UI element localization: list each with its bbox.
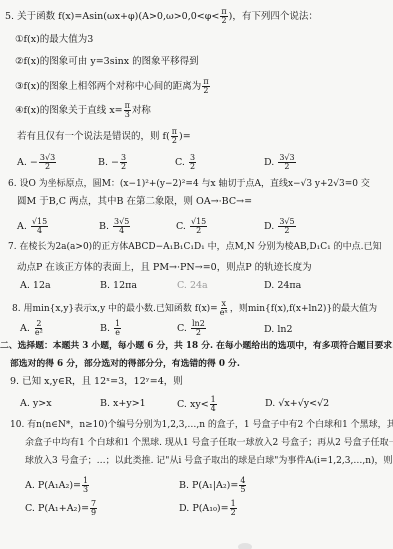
q6-line-2: 圆M 于B,C 两点，其中B 在第二象限，则 OA→·BC→= (17, 196, 252, 208)
q10-option-c[interactable]: C. P(A₁+A₂)=79 (25, 500, 98, 517)
q6-option-d[interactable]: D. 3√52 (264, 218, 297, 235)
q6-option-c[interactable]: C. √152 (176, 218, 208, 235)
q8-option-c[interactable]: C. ln22 (177, 320, 207, 337)
denominator: 3 (82, 486, 89, 494)
option-label: A. (17, 221, 30, 232)
q5-ask-suffix: )= (179, 131, 191, 142)
fraction: √152 (190, 218, 207, 235)
fraction: 13 (82, 477, 89, 494)
q7-line-2: 动点P 在该正方体的表面上，且 PM→·PN→=0，则点P 的轨迹长度为 (17, 262, 312, 274)
denominator: 2 (195, 227, 202, 235)
q5-statement-2: ②f(x)的图象可由 y=3sinx 的图象平移得到 (15, 56, 199, 68)
denominator: e² (34, 329, 44, 337)
fraction: 1e (114, 320, 121, 337)
q5-option-d[interactable]: D. 3√32 (264, 154, 297, 171)
q9-option-a[interactable]: A. y>x (20, 398, 52, 410)
denominator: 2 (120, 163, 127, 171)
fraction: 3√32 (39, 154, 56, 171)
fraction: xeˣ (219, 300, 229, 317)
fraction: 2e² (34, 320, 44, 337)
q5-statement-3: ③f(x)的图象上相邻两个对称中心间的距离为π2 (15, 78, 211, 95)
q10-line-1: 10. 有n(n∈N*，n≥10)个编号分别为1,2,3,…,n 的盒子，1 号… (10, 419, 393, 431)
q6-option-a[interactable]: A. √154 (17, 218, 49, 235)
q5-question: 若有且仅有一个说法是错误的，则 f(π2)= (17, 128, 191, 145)
q10-line-2: 余盒子中均有1 个白球和1 个黑球. 现从1 号盒子任取一球放入2 号盒子；再从… (25, 437, 393, 449)
fraction: 45 (239, 477, 246, 494)
q10-line-3: 球放入3 号盒子；…；以此类推. 记"从i 号盒子取出的球是白球"为事件Aᵢ(i… (25, 455, 393, 467)
option-label: A. (20, 323, 33, 334)
q5-stem-suffix: )，有下列四个说法： (229, 11, 318, 22)
option-label: B. (99, 221, 112, 232)
q5-option-a[interactable]: A. −3√32 (17, 154, 57, 171)
q10-option-b[interactable]: B. P(A₁|A₂)=45 (179, 477, 247, 494)
option-label: B. (100, 323, 113, 334)
section-2-note: 部选对的得 6 分，部分选对的得部分分，有选错的得 0 分. (10, 358, 240, 370)
fraction: π2 (202, 78, 209, 95)
q5-option-c[interactable]: C. 32 (175, 154, 197, 171)
denominator: 2 (171, 137, 178, 145)
q8-option-b[interactable]: B. 1e (100, 320, 122, 337)
q8-stem: 8. 用min{x,y}表示x,y 中的最小数.已知函数 f(x)=xeˣ，则m… (12, 300, 377, 317)
fraction: 12 (230, 500, 237, 517)
denominator: eˣ (219, 309, 229, 317)
q5-option-b[interactable]: B. −32 (98, 154, 128, 171)
option-label: C. (176, 221, 189, 232)
option-label: C. (177, 323, 190, 334)
option-label: B. P(A₁|A₂)= (179, 480, 238, 491)
option-label: C. xy< (177, 399, 209, 410)
denominator: 2 (189, 163, 196, 171)
fraction: 3√32 (278, 154, 295, 171)
q7-option-a[interactable]: A. 12a (20, 280, 51, 292)
option-label: A. P(A₁A₂)= (25, 480, 81, 491)
q5-ask-text: 若有且仅有一个说法是错误的，则 f( (17, 131, 170, 142)
fraction: ln22 (191, 320, 206, 337)
fraction: π2 (171, 128, 178, 145)
q6-line-1: 6. 设O 为坐标原点，圆M：(x−1)²+(y−2)²=4 与x 轴切于点A，… (8, 178, 370, 190)
fraction: 3√52 (278, 218, 295, 235)
q8-text: 8. 用min{x,y}表示x,y 中的最小数.已知函数 f(x)= (12, 304, 218, 314)
q10-option-d[interactable]: D. P(A₁₀)=12 (179, 500, 238, 517)
exam-page: 5. 关于函数 f(x)=Asin(ωx+φ)(A>0,ω>0,0<φ<π2)，… (0, 0, 393, 549)
q5-s4-suffix: 对称 (132, 105, 151, 116)
denominator: 2 (195, 329, 202, 337)
q7-option-d[interactable]: D. 24πa (264, 280, 301, 292)
q5-s3-text: ③f(x)的图象上相邻两个对称中心间的距离为 (15, 81, 201, 92)
q5-stem: 5. 关于函数 f(x)=Asin(ωx+φ)(A>0,ω>0,0<φ<π2)，… (5, 8, 318, 25)
denominator: 2 (220, 17, 227, 25)
denominator: 2 (202, 87, 209, 95)
q9-option-b[interactable]: B. x+y>1 (100, 398, 146, 410)
scan-smudge (238, 543, 252, 549)
fraction: 14 (210, 396, 217, 413)
option-label: D. P(A₁₀)= (179, 503, 229, 514)
fraction: π2 (220, 8, 227, 25)
denominator: 2 (283, 163, 290, 171)
denominator: 5 (239, 486, 246, 494)
fraction: 79 (90, 500, 97, 517)
denominator: e (114, 329, 121, 337)
option-label: D. (264, 157, 277, 168)
option-label: B. − (98, 157, 119, 168)
denominator: 2 (44, 163, 51, 171)
denominator: 4 (210, 405, 217, 413)
q5-stem-text: 5. 关于函数 f(x)=Asin(ωx+φ)(A>0,ω>0,0<φ< (5, 11, 219, 22)
denominator: 4 (36, 227, 43, 235)
q8-suffix: ，则min{f(x),f(x+ln2)}的最大值为 (230, 304, 377, 314)
fraction: 3√54 (113, 218, 130, 235)
denominator: 3 (124, 111, 131, 119)
denominator: 2 (230, 509, 237, 517)
q10-option-a[interactable]: A. P(A₁A₂)=13 (25, 477, 90, 494)
q6-option-b[interactable]: B. 3√54 (99, 218, 131, 235)
q5-s4-text: ④f(x)的图象关于直线 x= (15, 105, 123, 116)
option-label: A. − (17, 157, 38, 168)
q5-statement-1: ①f(x)的最大值为3 (15, 34, 93, 46)
fraction: π3 (124, 102, 131, 119)
q9-stem: 9. 已知 x,y∈R，且 12ˣ=3，12ʸ=4，则 (10, 376, 183, 388)
q7-option-c[interactable]: C. 24a (177, 280, 208, 292)
q7-line-1: 7. 在棱长为2a(a>0)的正方体ABCD−A₁B₁C₁D₁ 中，点M,N 分… (8, 241, 381, 253)
option-label: C. (175, 157, 188, 168)
fraction: √154 (31, 218, 48, 235)
q7-option-b[interactable]: B. 12πa (100, 280, 137, 292)
q9-option-d[interactable]: D. √x+√y<√2 (265, 398, 329, 410)
q8-option-a[interactable]: A. 2e² (20, 320, 45, 337)
fraction: 32 (189, 154, 196, 171)
option-label: C. P(A₁+A₂)= (25, 503, 89, 514)
denominator: 4 (118, 227, 125, 235)
fraction: 32 (120, 154, 127, 171)
q5-statement-4: ④f(x)的图象关于直线 x=π3对称 (15, 102, 151, 119)
section-2-heading: 二、选择题：本题共 3 小题，每小题 6 分，共 18 分. 在每小题给出的选项… (0, 340, 393, 352)
option-label: D. (264, 221, 277, 232)
denominator: 2 (283, 227, 290, 235)
q8-option-d[interactable]: D. ln2 (264, 324, 293, 336)
denominator: 9 (90, 509, 97, 517)
q9-option-c[interactable]: C. xy<14 (177, 396, 218, 413)
